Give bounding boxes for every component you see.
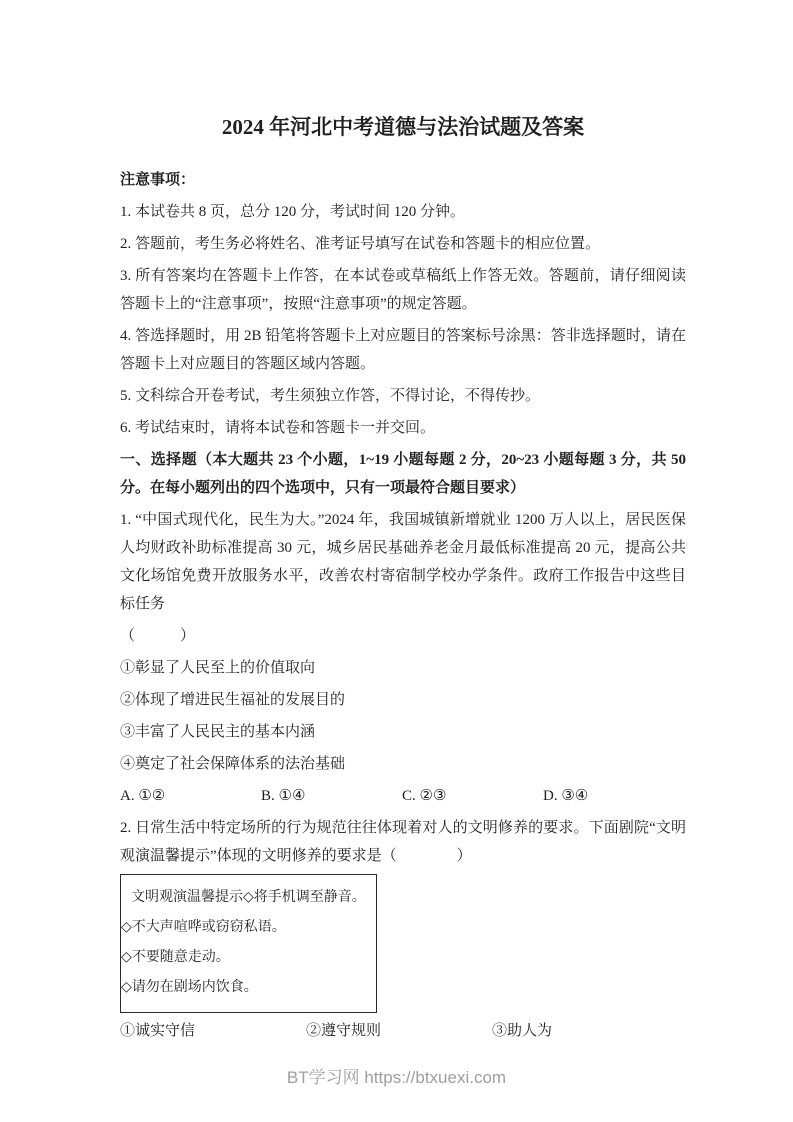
- exam-document-page: 2024 年河北中考道德与法治试题及答案 注意事项： 1. 本试卷共 8 页，总…: [0, 0, 793, 1122]
- question-2-statement-2: ②遵守规则: [306, 1017, 492, 1045]
- question-1-statement-2: ②体现了增进民生福祉的发展目的: [120, 686, 686, 714]
- question-1-options-row: A. ①② B. ①④ C. ②③ D. ③④: [120, 782, 686, 810]
- site-watermark: BT学习网 https://btxuexi.com: [0, 1066, 793, 1090]
- question-2-statement-1: ①诚实守信: [120, 1017, 306, 1045]
- question-1-stem: 1. “中国式现代化，民生为大。”2024 年，我国城镇新增就业 1200 万人…: [120, 506, 686, 618]
- tip-box-line-1: 文明观演温馨提示◇将手机调至静音。: [121, 883, 376, 913]
- question-2-statement-3: ③助人为: [492, 1017, 552, 1045]
- question-1-option-b: B. ①④: [261, 782, 402, 810]
- tip-box-line-2: ◇不大声喧哗或窃窃私语。: [121, 913, 376, 943]
- question-1-statement-1: ①彰显了人民至上的价值取向: [120, 654, 686, 682]
- notice-item-1: 1. 本试卷共 8 页，总分 120 分，考试时间 120 分钟。: [120, 198, 686, 226]
- page-title: 2024 年河北中考道德与法治试题及答案: [120, 112, 686, 142]
- question-1-statement-4: ④奠定了社会保障体系的法治基础: [120, 750, 686, 778]
- notice-heading: 注意事项：: [120, 166, 686, 194]
- tip-box-line-3: ◇不要随意走动。: [121, 943, 376, 973]
- question-1-option-c: C. ②③: [402, 782, 543, 810]
- section-heading: 一、选择题（本大题共 23 个小题，1~19 小题每题 2 分，20~23 小题…: [120, 446, 686, 502]
- tip-box-line-4: ◇请勿在剧场内饮食。: [121, 973, 376, 1003]
- notice-item-2: 2. 答题前，考生务必将姓名、准考证号填写在试卷和答题卡的相应位置。: [120, 230, 686, 258]
- question-1-answer-blank: （ ）: [120, 622, 686, 650]
- question-1-option-d: D. ③④: [543, 782, 588, 810]
- question-1-option-a: A. ①②: [120, 782, 261, 810]
- question-1-statement-3: ③丰富了人民民主的基本内涵: [120, 718, 686, 746]
- question-2-tip-box: 文明观演温馨提示◇将手机调至静音。 ◇不大声喧哗或窃窃私语。 ◇不要随意走动。 …: [120, 874, 377, 1013]
- document-content: 2024 年河北中考道德与法治试题及答案 注意事项： 1. 本试卷共 8 页，总…: [0, 0, 793, 1045]
- notice-item-5: 5. 文科综合开卷考试，考生须独立作答，不得讨论，不得传抄。: [120, 382, 686, 410]
- question-2-statements-row: ①诚实守信 ②遵守规则 ③助人为: [120, 1017, 686, 1045]
- notice-item-6: 6. 考试结束时，请将本试卷和答题卡一并交回。: [120, 414, 686, 442]
- notice-item-3: 3. 所有答案均在答题卡上作答，在本试卷或草稿纸上作答无效。答题前，请仔细阅读答…: [120, 262, 686, 318]
- question-2-stem: 2. 日常生活中特定场所的行为规范往往体现着对人的文明修养的要求。下面剧院“文明…: [120, 814, 686, 870]
- notice-item-4: 4. 答选择题时，用 2B 铅笔将答题卡上对应题目的答案标号涂黑：答非选择题时，…: [120, 322, 686, 378]
